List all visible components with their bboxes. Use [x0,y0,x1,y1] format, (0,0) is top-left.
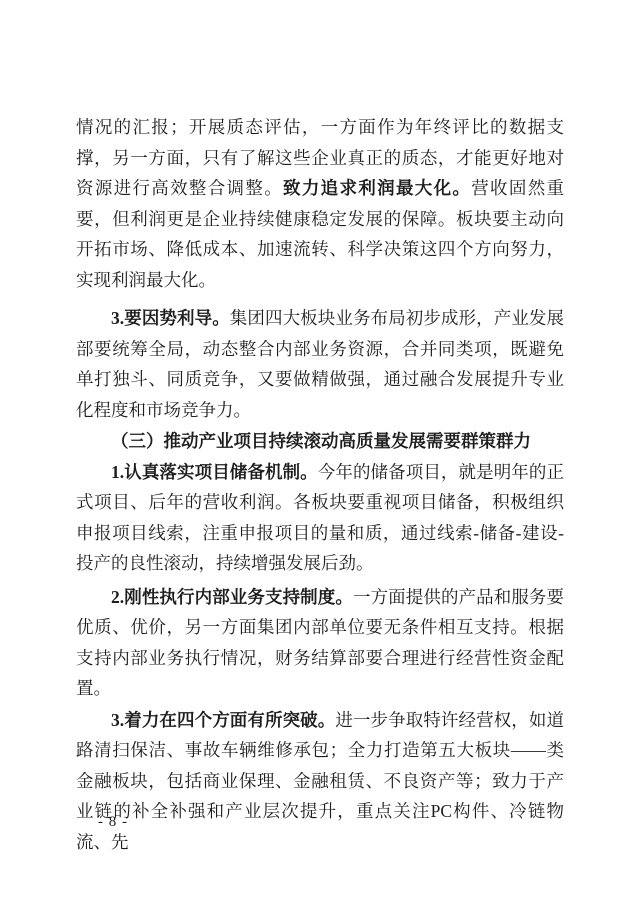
document-page: 情况的汇报；开展质态评估，一方面作为年终评比的数据支撑，另一方面，只有了解这些企… [0,0,636,900]
paragraph: 3.着力在四个方面有所突破。进一步争取特许经营权，如道路清扫保洁、事故车辆维修承… [76,705,564,858]
text-segment: 3.要因势利导。 [111,308,230,328]
paragraph: 情况的汇报；开展质态评估，一方面作为年终评比的数据支撑，另一方面，只有了解这些企… [76,112,564,295]
paragraph: 3.要因势利导。集团四大板块业务布局初步成形，产业发展部要统筹全局，动态整合内部… [76,303,564,425]
page-number: - 8 - [98,814,128,831]
paragraph: 1.认真落实项目储备机制。今年的储备项目，就是明年的正式项目、后年的营收利润。各… [76,457,564,579]
text-segment: （三）推动产业项目持续滚动高质量发展需要群策群力 [111,431,531,451]
text-segment: 3.着力在四个方面有所突破。 [111,710,335,730]
section-heading: （三）推动产业项目持续滚动高质量发展需要群策群力 [76,426,564,457]
page-content: 情况的汇报；开展质态评估，一方面作为年终评比的数据支撑，另一方面，只有了解这些企… [76,112,564,857]
text-segment: 致力追求利润最大化。 [283,178,471,198]
text-segment: 1.认真落实项目储备机制。 [111,462,318,482]
text-segment: 2.刚性执行内部业务支持制度。 [111,587,353,607]
text-segment: 进一步争取特许经营权，如道路清扫保洁、事故车辆维修承包；全力打造第五大板块——类… [76,710,564,852]
paragraph: 2.刚性执行内部业务支持制度。一方面提供的产品和服务要优质、优价，另一方面集团内… [76,582,564,704]
